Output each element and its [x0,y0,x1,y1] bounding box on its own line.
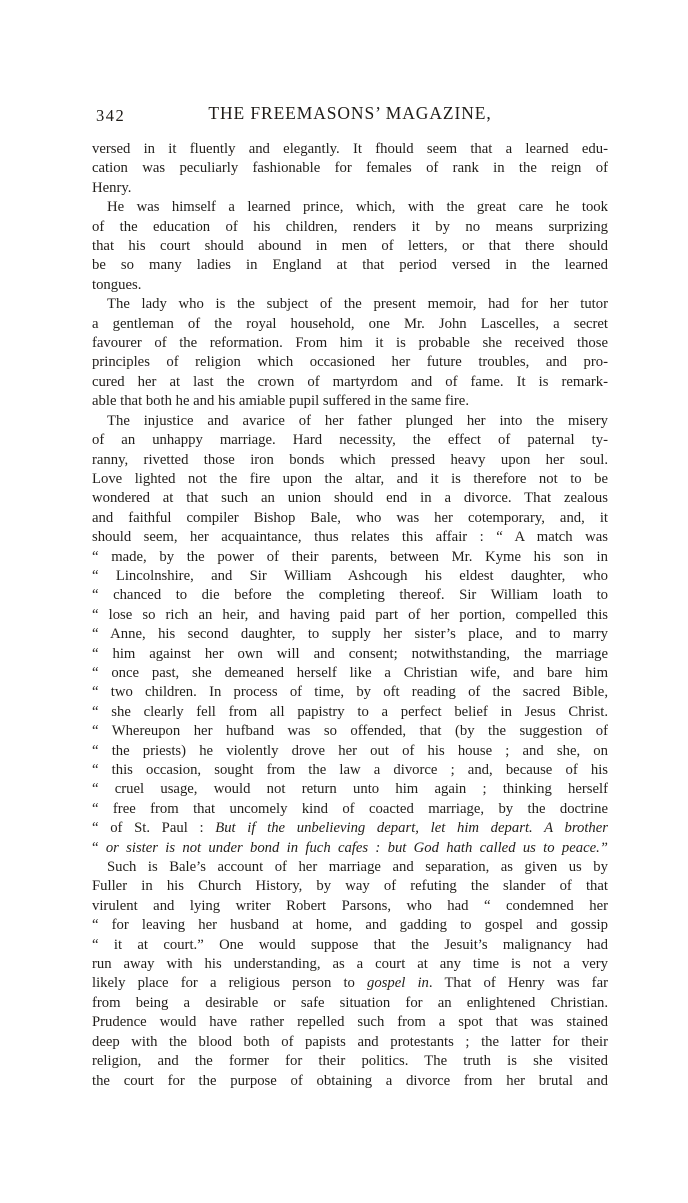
text-segment: favourer of the reformation. From him it… [92,335,608,351]
page-number: 342 [96,106,125,126]
text-line: Prudence would have rather repelled such… [92,1013,608,1032]
paragraph: Such is Bale’s account of her marriage a… [92,858,608,1091]
page-body: versed in it fluently and elegantly. It … [92,140,608,1091]
text-line: He was himself a learned prince, which, … [92,198,608,217]
text-segment: Henry. [92,180,131,196]
text-line: a gentleman of the royal household, one … [92,315,608,334]
text-line: “ this occasion, sought from the law a d… [92,761,608,780]
text-line: favourer of the reformation. From him it… [92,334,608,353]
text-line: “ she clearly fell from all papistry to … [92,703,608,722]
text-segment: principles of religion which occasioned … [92,354,608,370]
text-segment: cured her at last the crown of martyrdom… [92,374,608,390]
text-segment: “ of St. Paul : [92,820,215,836]
text-line: of the education of his children, render… [92,218,608,237]
text-line: “ it at court.” One would suppose that t… [92,936,608,955]
text-segment: “ for leaving her husband at home, and g… [92,917,608,933]
text-line: Henry. [92,179,608,198]
text-segment: that his court should abound in men of l… [92,238,608,254]
magazine-page: 342 THE FREEMASONS’ MAGAZINE, versed in … [0,0,688,1203]
text-line: “ once past, she demeaned herself like a… [92,664,608,683]
text-segment: of the education of his children, render… [92,219,608,235]
text-line: “ Anne, his second daughter, to supply h… [92,625,608,644]
paragraph: He was himself a learned prince, which, … [92,198,608,295]
text-line: cured her at last the crown of martyrdom… [92,373,608,392]
text-line: “ of St. Paul : But if the unbelieving d… [92,819,608,838]
text-line: and faithful compiler Bishop Bale, who w… [92,509,608,528]
text-line: religion, and the former for their polit… [92,1052,608,1071]
text-segment: He was himself a learned prince, which, … [107,199,608,215]
text-line: the court for the purpose of obtaining a… [92,1072,608,1091]
text-segment: of an unhappy marriage. Hard necessity, … [92,432,608,448]
text-segment: should seem, her acquaintance, thus rela… [92,529,608,545]
text-segment: a gentleman of the royal household, one … [92,316,608,332]
text-line: be so many ladies in England at that per… [92,256,608,275]
text-segment: the court for the purpose of obtaining a… [92,1073,608,1089]
text-segment: run away with his understanding, as a co… [92,956,608,972]
text-line: likely place for a religious person to g… [92,974,608,993]
text-line: of an unhappy marriage. Hard necessity, … [92,431,608,450]
text-segment: “ she clearly fell from all papistry to … [92,704,608,720]
text-line: Such is Bale’s account of her marriage a… [92,858,608,877]
paragraph: versed in it fluently and elegantly. It … [92,140,608,198]
text-segment: “ free from that uncomely kind of coacte… [92,801,608,817]
text-line: “ or sister is not under bond in fuch ca… [92,839,608,858]
text-line: “ Whereupon her hufband was so offended,… [92,722,608,741]
text-segment: cation was peculiarly fashionable for fe… [92,160,608,176]
text-segment: “ chanced to die before the completing t… [92,587,608,603]
text-segment: “ Lincolnshire, and Sir William Ashcough… [92,568,608,584]
text-line: “ cruel usage, would not return unto him… [92,780,608,799]
italic-text: But if the unbelieving depart, let him d… [215,820,608,836]
page-header: 342 THE FREEMASONS’ MAGAZINE, [92,103,608,129]
masthead-title: THE FREEMASONS’ MAGAZINE, [92,103,608,124]
text-segment: “ it at court.” One would suppose that t… [92,937,608,953]
text-segment: . That of Henry was far [429,975,608,991]
text-line: “ lose so rich an heir, and having paid … [92,606,608,625]
text-segment: “ Anne, his second daughter, to supply h… [92,626,608,642]
italic-text: gospel in [367,975,429,991]
text-line: “ him against her own will and consent; … [92,645,608,664]
text-line: “ made, by the power of their parents, b… [92,548,608,567]
text-segment: from being a desirable or safe situation… [92,995,608,1011]
text-segment: wondered at that such an union should en… [92,490,608,506]
text-segment: “ two children. In process of time, by o… [92,684,608,700]
text-line: tongues. [92,276,608,295]
text-segment: and faithful compiler Bishop Bale, who w… [92,510,608,526]
text-segment: Such is Bale’s account of her marriage a… [107,859,608,875]
text-segment: The injustice and avarice of her father … [107,413,608,429]
text-line: “ for leaving her husband at home, and g… [92,916,608,935]
text-segment: “ cruel usage, would not return unto him… [92,781,608,797]
text-line: “ free from that uncomely kind of coacte… [92,800,608,819]
text-segment: be so many ladies in England at that per… [92,257,608,273]
text-segment: virulent and lying writer Robert Parsons… [92,898,608,914]
text-line: should seem, her acquaintance, thus rela… [92,528,608,547]
paragraph: The lady who is the subject of the prese… [92,295,608,411]
text-line: “ Lincolnshire, and Sir William Ashcough… [92,567,608,586]
text-line: virulent and lying writer Robert Parsons… [92,897,608,916]
text-line: “ two children. In process of time, by o… [92,683,608,702]
text-line: principles of religion which occasioned … [92,353,608,372]
italic-text: or sister is not under bond in fuch cafe… [106,840,608,856]
text-line: run away with his understanding, as a co… [92,955,608,974]
text-segment: tongues. [92,277,141,293]
text-line: versed in it fluently and elegantly. It … [92,140,608,159]
text-line: able that both he and his amiable pupil … [92,392,608,411]
text-segment: “ the priests) he violently drove her ou… [92,743,608,759]
text-segment: “ lose so rich an heir, and having paid … [92,607,608,623]
text-segment: Love lighted not the fire upon the altar… [92,471,608,487]
text-segment: The lady who is the subject of the prese… [107,296,608,312]
text-segment: Fuller in his Church History, by way of … [92,878,608,894]
text-line: ranny, rivetted those iron bonds which p… [92,451,608,470]
text-segment: “ once past, she demeaned herself like a… [92,665,608,681]
text-line: “ the priests) he violently drove her ou… [92,742,608,761]
text-line: The lady who is the subject of the prese… [92,295,608,314]
text-segment: “ this occasion, sought from the law a d… [92,762,608,778]
text-segment: “ Whereupon her hufband was so offended,… [92,723,608,739]
text-segment: versed in it fluently and elegantly. It … [92,141,608,157]
text-segment: “ him against her own will and consent; … [92,646,608,662]
text-line: “ chanced to die before the completing t… [92,586,608,605]
text-line: wondered at that such an union should en… [92,489,608,508]
text-segment: religion, and the former for their polit… [92,1053,608,1069]
text-line: Fuller in his Church History, by way of … [92,877,608,896]
text-segment: ranny, rivetted those iron bonds which p… [92,452,608,468]
paragraph: The injustice and avarice of her father … [92,412,608,858]
text-segment: deep with the blood both of papists and … [92,1034,608,1050]
text-line: cation was peculiarly fashionable for fe… [92,159,608,178]
text-line: Love lighted not the fire upon the altar… [92,470,608,489]
text-segment: “ [92,840,106,856]
text-line: that his court should abound in men of l… [92,237,608,256]
text-line: deep with the blood both of papists and … [92,1033,608,1052]
text-segment: “ made, by the power of their parents, b… [92,549,608,565]
text-segment: able that both he and his amiable pupil … [92,393,469,409]
text-segment: Prudence would have rather repelled such… [92,1014,608,1030]
text-line: from being a desirable or safe situation… [92,994,608,1013]
text-line: The injustice and avarice of her father … [92,412,608,431]
text-segment: likely place for a religious person to [92,975,367,991]
